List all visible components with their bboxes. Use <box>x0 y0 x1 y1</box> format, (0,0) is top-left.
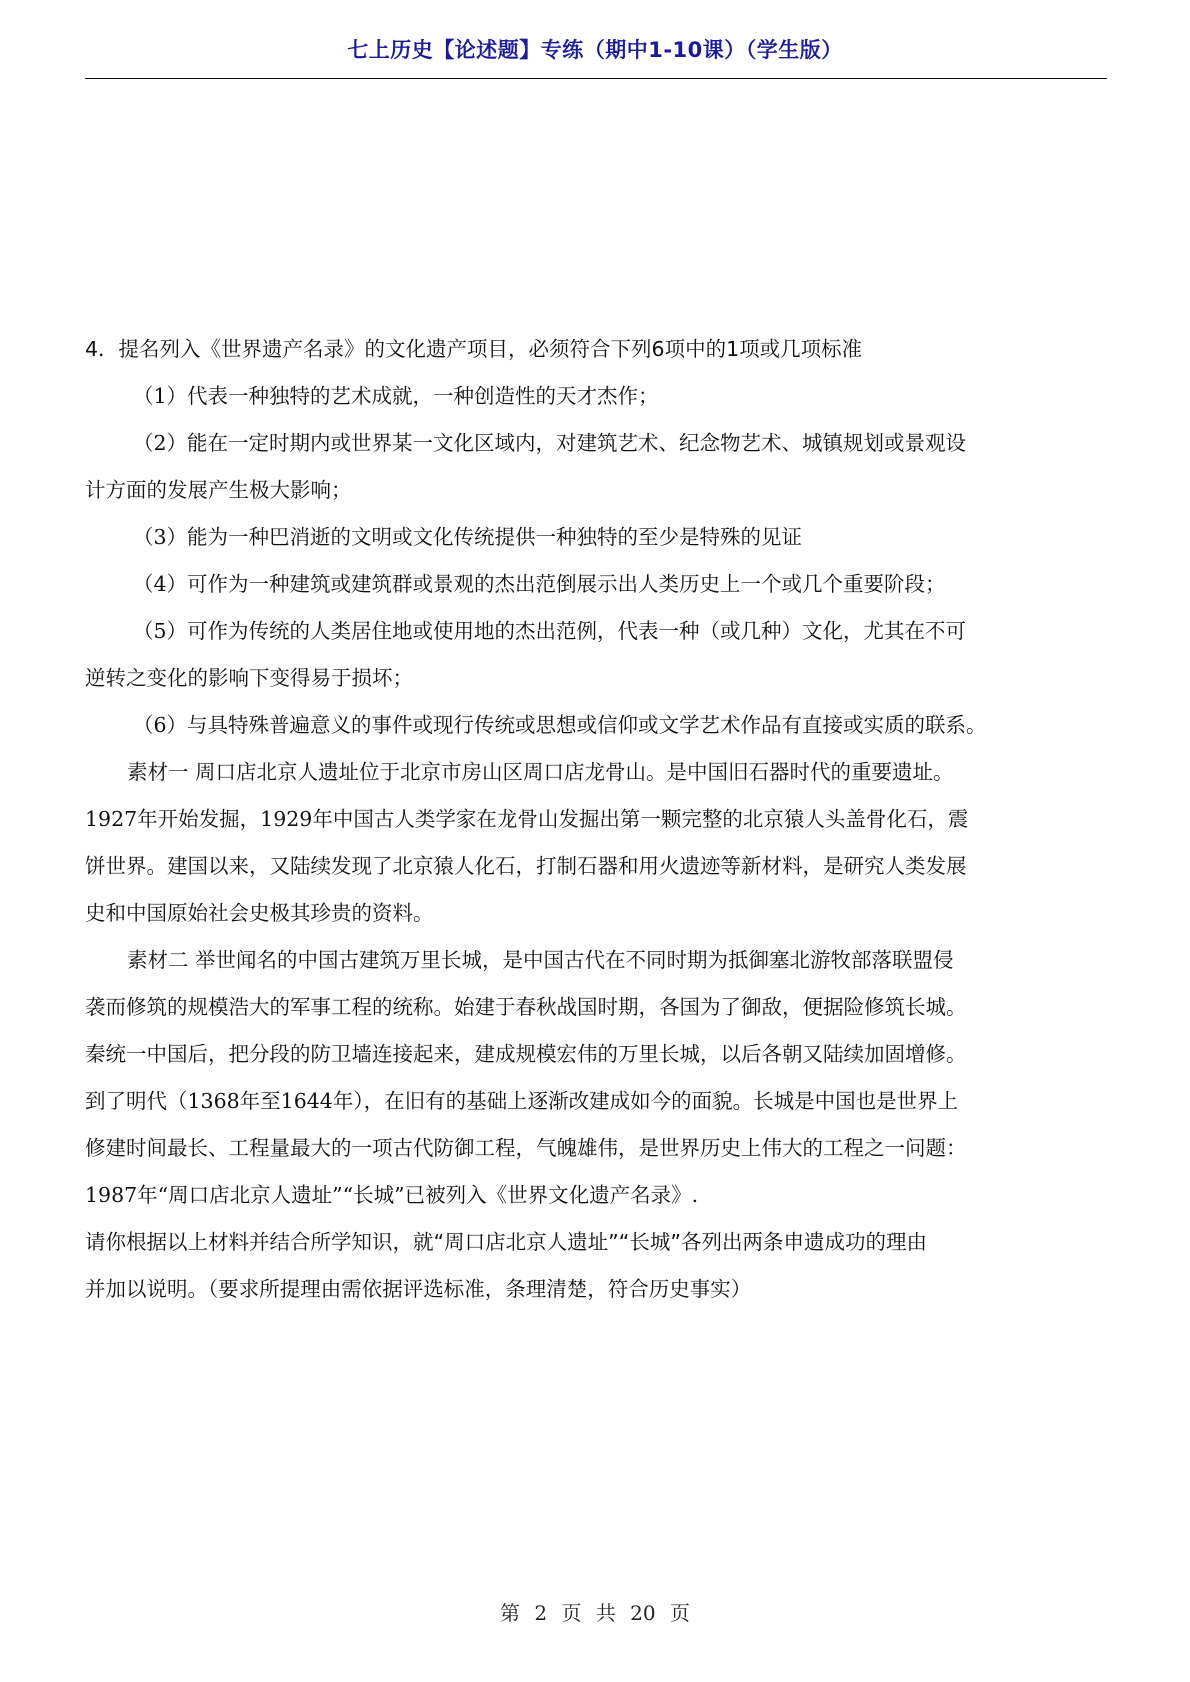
prompt-line: 请你根据以上材料并结合所学知识，就“周口店北京人遗址”“长城”各列出两条申遗成功… <box>85 1219 1107 1266</box>
criterion-2-continued: 计方面的发展产生极大影响； <box>85 467 1107 514</box>
criterion-1: （1）代表一种独特的艺术成就，一种创造性的天才杰作； <box>85 373 1107 420</box>
material-two-line: 到了明代（1368年至1644年），在旧有的基础上逐渐改建成如今的面貌。长城是中… <box>85 1078 1107 1125</box>
criteria-list: （1）代表一种独特的艺术成就，一种创造性的天才杰作； （2）能在一定时期内或世界… <box>85 373 1107 749</box>
criterion-4: （4）可作为一种建筑或建筑群或景观的杰出范倒展示出人类历史上一个或几个重要阶段； <box>85 561 1107 608</box>
criterion-5: （5）可作为传统的人类居住地或使用地的杰出范例，代表一种（或几种）文化，尤其在不… <box>85 608 1107 655</box>
material-one-line: 史和中国原始社会史极其珍贵的资料。 <box>85 890 1107 937</box>
material-one-line: 素材一 周口店北京人遗址位于北京市房山区周口店龙骨山。是中国旧石器时代的重要遗址… <box>85 749 1107 796</box>
question-intro: 4．提名列入《世界遗产名录》的文化遗产项目，必须符合下列6项中的1项或几项标准 <box>85 326 1107 373</box>
material-one-line: 饼世界。建国以来，又陆续发现了北京猿人化石，打制石器和用火遗迹等新材料，是研究人… <box>85 843 1107 890</box>
header-divider <box>85 78 1107 79</box>
material-two-line: 修建时间最长、工程量最大的一项古代防御工程，气魄雄伟，是世界历史上伟大的工程之一… <box>85 1125 1107 1172</box>
material-two-line: 素材二 举世闻名的中国古建筑万里长城，是中国古代在不同时期为抵御塞北游牧部落联盟… <box>85 937 1107 984</box>
material-two-line: 袭而修筑的规模浩大的军事工程的统称。始建于春秋战国时期，各国为了御敌，便据险修筑… <box>85 984 1107 1031</box>
material-one: 素材一 周口店北京人遗址位于北京市房山区周口店龙骨山。是中国旧石器时代的重要遗址… <box>85 749 1107 937</box>
criterion-6: （6）与具特殊普遍意义的事件或现行传统或思想或信仰或文学艺术作品有直接或实质的联… <box>85 702 1107 749</box>
page-number-footer: 第 2 页 共 20 页 <box>0 1597 1190 1626</box>
criterion-3: （3）能为一种巴消逝的文明或文化传统提供一种独特的至少是特殊的见证 <box>85 514 1107 561</box>
material-one-line: 1927年开始发掘，1929年中国古人类学家在龙骨山发掘出第一颗完整的北京猿人头… <box>85 796 1107 843</box>
material-two: 素材二 举世闻名的中国古建筑万里长城，是中国古代在不同时期为抵御塞北游牧部落联盟… <box>85 937 1107 1219</box>
criterion-5-continued: 逆转之变化的影响下变得易于损坏； <box>85 655 1107 702</box>
material-two-line: 秦统一中国后，把分段的防卫墙连接起来，建成规模宏伟的万里长城，以后各朝又陆续加固… <box>85 1031 1107 1078</box>
question-block: 4．提名列入《世界遗产名录》的文化遗产项目，必须符合下列6项中的1项或几项标准 … <box>85 326 1107 1313</box>
prompt-line: 并加以说明。（要求所提理由需依据评选标准，条理清楚，符合历史事实） <box>85 1266 1107 1313</box>
material-two-line: 1987年“周口店北京人遗址”“长城”已被列入《世界文化遗产名录》. <box>85 1172 1107 1219</box>
criterion-2: （2）能在一定时期内或世界某一文化区域内，对建筑艺术、纪念物艺术、城镇规划或景观… <box>85 420 1107 467</box>
question-prompt: 请你根据以上材料并结合所学知识，就“周口店北京人遗址”“长城”各列出两条申遗成功… <box>85 1219 1107 1313</box>
document-header-title: 七上历史【论述题】专练（期中1-10课）（学生版） <box>0 34 1190 64</box>
